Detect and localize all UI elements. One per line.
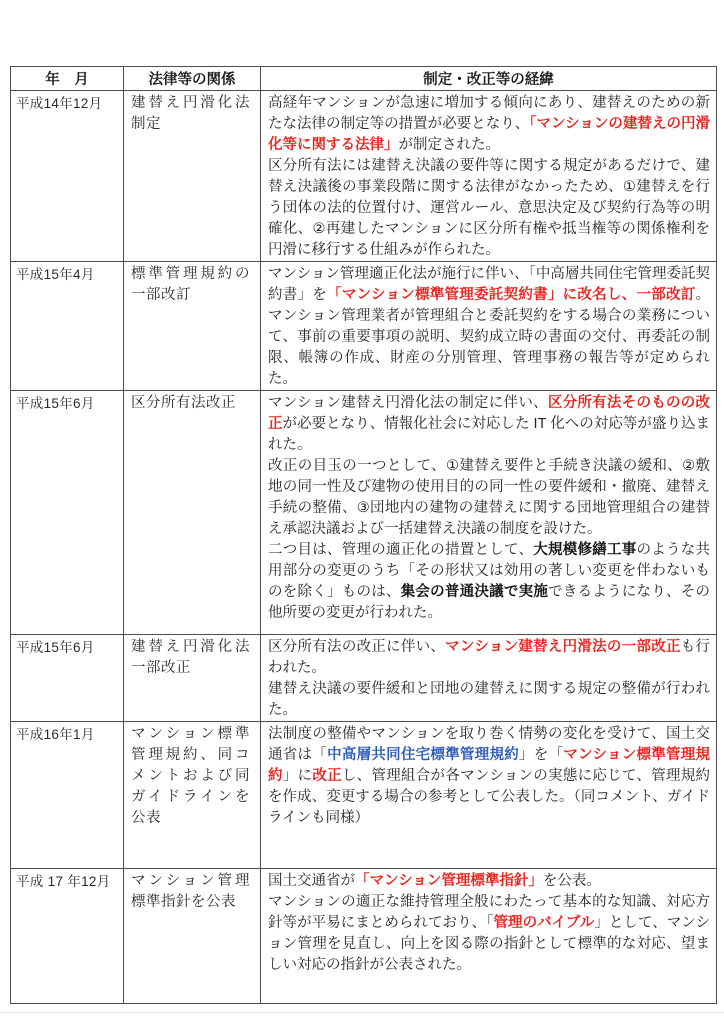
year-cell: 平成15年4月 — [11, 262, 124, 391]
law-cell: マンション管理標準指針を公表 — [124, 869, 261, 1004]
text-segment: マンション建替え円滑法の一部改正 — [445, 639, 681, 655]
history-cell: 区分所有法の改正に伴い、マンション建替え円滑法の一部改正も行われた。 建替え決議… — [261, 635, 717, 722]
text-segment: 大規模修繕工事 — [533, 542, 636, 558]
text-segment: 集会の普通決議で実施 — [401, 584, 548, 600]
col-header-history: 制定・改正等の経緯 — [261, 67, 717, 91]
year-cell: 平成14年12月 — [11, 91, 124, 262]
text-segment: 「マンション標準管理委託契約書」に改名し、一部改訂 — [327, 287, 695, 303]
history-cell: 法制度の整備やマンションを取り巻く情勢の変化を受けて、国土交通省は「中高層共同住… — [261, 722, 717, 869]
text-segment: が必要となり、情報化社会に対応した IT 化への対応等が盛り込まれた。 改正の目… — [268, 416, 710, 558]
text-segment: 」に — [283, 768, 313, 784]
text-segment: 」を「 — [519, 747, 563, 763]
table-body: 平成14年12月建替え円滑化法制定高経年マンションが急速に増加する傾向にあり、建… — [11, 91, 717, 1004]
text-segment: が制定された。 区分所有法には建替え決議の要件等に関する規定があるだけで、建替え… — [268, 137, 710, 258]
law-cell: 建替え円滑化法一部改正 — [124, 635, 261, 722]
history-cell: 高経年マンションが急速に増加する傾向にあり、建替えのための新たな法律の制定等の措… — [261, 91, 717, 262]
year-cell: 平成 17 年12月 — [11, 869, 124, 1004]
history-cell: マンション建替え円滑化法の制定に伴い、区分所有法そのものの改正が必要となり、情報… — [261, 391, 717, 635]
text-segment: 国土交通省が — [268, 873, 355, 889]
history-table: 年 月 法律等の関係 制定・改正等の経緯 平成14年12月建替え円滑化法制定高経… — [10, 66, 717, 1004]
header-row: 年 月 法律等の関係 制定・改正等の経緯 — [11, 67, 717, 91]
table-row: 平成 17 年12月マンション管理標準指針を公表国土交通省が「マンション管理標準… — [11, 869, 717, 1004]
law-cell: 建替え円滑化法制定 — [124, 91, 261, 262]
year-cell: 平成15年6月 — [11, 635, 124, 722]
col-header-law: 法律等の関係 — [124, 67, 261, 91]
history-cell: 国土交通省が「マンション管理標準指針」を公表。 マンションの適正な維持管理全般に… — [261, 869, 717, 1004]
text-segment: 中高層共同住宅標準管理規約 — [327, 747, 519, 763]
document-page: 年 月 法律等の関係 制定・改正等の経緯 平成14年12月建替え円滑化法制定高経… — [0, 0, 724, 1024]
table-row: 平成15年6月区分所有法改正マンション建替え円滑化法の制定に伴い、区分所有法その… — [11, 391, 717, 635]
col-header-date: 年 月 — [11, 67, 124, 91]
text-segment: マンション建替え円滑化法の制定に伴い、 — [268, 395, 548, 411]
law-cell: 区分所有法改正 — [124, 391, 261, 635]
table-row: 平成14年12月建替え円滑化法制定高経年マンションが急速に増加する傾向にあり、建… — [11, 91, 717, 262]
text-segment: 管理のバイブル — [494, 915, 595, 931]
table-row: 平成15年6月建替え円滑化法一部改正区分所有法の改正に伴い、マンション建替え円滑… — [11, 635, 717, 722]
law-cell: 標準管理規約の一部改訂 — [124, 262, 261, 391]
year-cell: 平成15年6月 — [11, 391, 124, 635]
table-row: 平成15年4月標準管理規約の一部改訂マンション管理適正化法が施行に伴い、「中高層… — [11, 262, 717, 391]
history-cell: マンション管理適正化法が施行に伴い、「中高層共同住宅管理委託契約書」を「マンショ… — [261, 262, 717, 391]
table-row: 平成16年1月マンション標準管理規約、同コメントおよび同ガイドラインを公表法制度… — [11, 722, 717, 869]
year-cell: 平成16年1月 — [11, 722, 124, 869]
text-segment: 区分所有法の改正に伴い、 — [268, 639, 445, 655]
text-segment: 「マンション管理標準指針」 — [355, 873, 543, 889]
law-cell: マンション標準管理規約、同コメントおよび同ガイドラインを公表 — [124, 722, 261, 869]
text-segment: 改正 — [312, 768, 342, 784]
page-edge-line — [0, 1012, 724, 1013]
